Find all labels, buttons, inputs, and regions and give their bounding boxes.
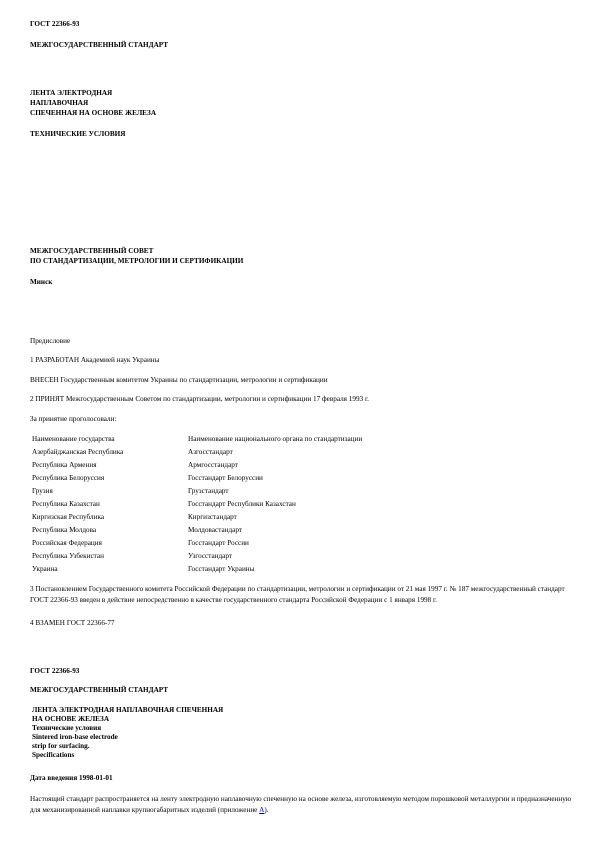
doc-title-line-3: СПЕЧЕННАЯ НА ОСНОВЕ ЖЕЛЕЗА xyxy=(30,109,156,118)
scope-text: Настоящий стандарт распространяется на л… xyxy=(30,795,571,814)
doc-subtitle: ТЕХНИЧЕСКИЕ УСЛОВИЯ xyxy=(30,130,125,139)
table-row: Российская Федерация Госстандарт России xyxy=(0,539,595,552)
state-name: Украина xyxy=(32,565,58,573)
body-name: Азгосстандарт xyxy=(188,448,233,456)
body-title-line-4: Sintered iron-base electrode xyxy=(32,733,118,742)
body-name: Госстандарт Белоруссии xyxy=(188,474,263,482)
state-name: Азербайджанская Республика xyxy=(32,448,123,456)
state-name: Республика Армения xyxy=(32,461,97,469)
body-title-line-1: ЛЕНТА ЭЛЕКТРОДНАЯ НАПЛАВОЧНАЯ СПЕЧЕННАЯ xyxy=(32,706,223,715)
body-name: Грузстандарт xyxy=(188,487,229,495)
state-name: Республика Молдова xyxy=(32,526,96,534)
state-name: Российская Федерация xyxy=(32,539,102,547)
table-row: Киргизская Республика Киргизстандарт xyxy=(0,513,595,526)
city: Минск xyxy=(30,278,52,287)
header-state: Наименование государства xyxy=(32,435,115,443)
state-name: Республика Казахстан xyxy=(32,500,100,508)
body-title-line-5: strip for surfacing. xyxy=(32,742,90,751)
preface-heading: Предисловие xyxy=(30,337,70,346)
body-name: Госстандарт России xyxy=(188,539,249,547)
body-name: Госстандарт Республики Казахстан xyxy=(188,500,296,508)
doc-code: ГОСТ 22366-93 xyxy=(30,20,79,29)
interstate-standard-label: МЕЖГОСУДАРСТВЕННЫЙ СТАНДАРТ xyxy=(30,41,168,50)
preface-voted: За принятие проголосовали: xyxy=(30,415,116,424)
body-title-line-2: НА ОСНОВЕ ЖЕЛЕЗА xyxy=(32,715,109,724)
preface-item-2: 2 ПРИНЯТ Межгосударственным Советом по с… xyxy=(30,395,369,404)
table-row: Грузия Грузстандарт xyxy=(0,487,595,500)
scope-paragraph: Настоящий стандарт распространяется на л… xyxy=(30,794,575,815)
table-row: Республика Армения Армгосстандарт xyxy=(0,461,595,474)
doc-title-line-2: НАПЛАВОЧНАЯ xyxy=(30,99,88,108)
state-name: Республика Белоруссия xyxy=(32,474,104,482)
preface-item-3: 3 Постановлением Государственного комите… xyxy=(30,584,575,605)
body-name: Молдовастандарт xyxy=(188,526,242,534)
body-title-line-6: Specifications xyxy=(32,751,74,760)
preface-item-1: 1 РАЗРАБОТАН Академией наук Украины xyxy=(30,356,159,365)
preface-introduced: ВНЕСЕН Государственным комитетом Украины… xyxy=(30,376,328,385)
body-name: Армгосстандарт xyxy=(188,461,238,469)
table-row: Республика Узбекистан Узгосстандарт xyxy=(0,552,595,565)
table-row: Республика Молдова Молдовастандарт xyxy=(0,526,595,539)
intro-date: Дата введения 1998-01-01 xyxy=(30,774,113,783)
body-doc-code: ГОСТ 22366-93 xyxy=(30,667,79,676)
table-row: Украина Госстандарт Украины xyxy=(0,565,595,578)
council-line-2: ПО СТАНДАРТИЗАЦИИ, МЕТРОЛОГИИ И СЕРТИФИК… xyxy=(30,257,243,266)
state-name: Республика Узбекистан xyxy=(32,552,104,560)
table-header: Наименование государства Наименование на… xyxy=(0,435,595,448)
scope-end: ). xyxy=(264,806,268,814)
table-row: Азербайджанская Республика Азгосстандарт xyxy=(0,448,595,461)
table-row: Республика Казахстан Госстандарт Республ… xyxy=(0,500,595,513)
doc-title-line-1: ЛЕНТА ЭЛЕКТРОДНАЯ xyxy=(30,89,112,98)
body-name: Узгосстандарт xyxy=(188,552,232,560)
header-body: Наименование национального органа по ста… xyxy=(188,435,362,443)
body-title-line-3: Технические условия xyxy=(32,724,101,733)
state-name: Грузия xyxy=(32,487,53,495)
body-interstate-standard: МЕЖГОСУДАРСТВЕННЫЙ СТАНДАРТ xyxy=(30,686,168,695)
council-line-1: МЕЖГОСУДАРСТВЕННЫЙ СОВЕТ xyxy=(30,247,153,256)
body-name: Киргизстандарт xyxy=(188,513,237,521)
preface-item-4: 4 ВЗАМЕН ГОСТ 22366-77 xyxy=(30,619,115,628)
state-name: Киргизская Республика xyxy=(32,513,104,521)
table-row: Республика Белоруссия Госстандарт Белору… xyxy=(0,474,595,487)
body-name: Госстандарт Украины xyxy=(188,565,254,573)
